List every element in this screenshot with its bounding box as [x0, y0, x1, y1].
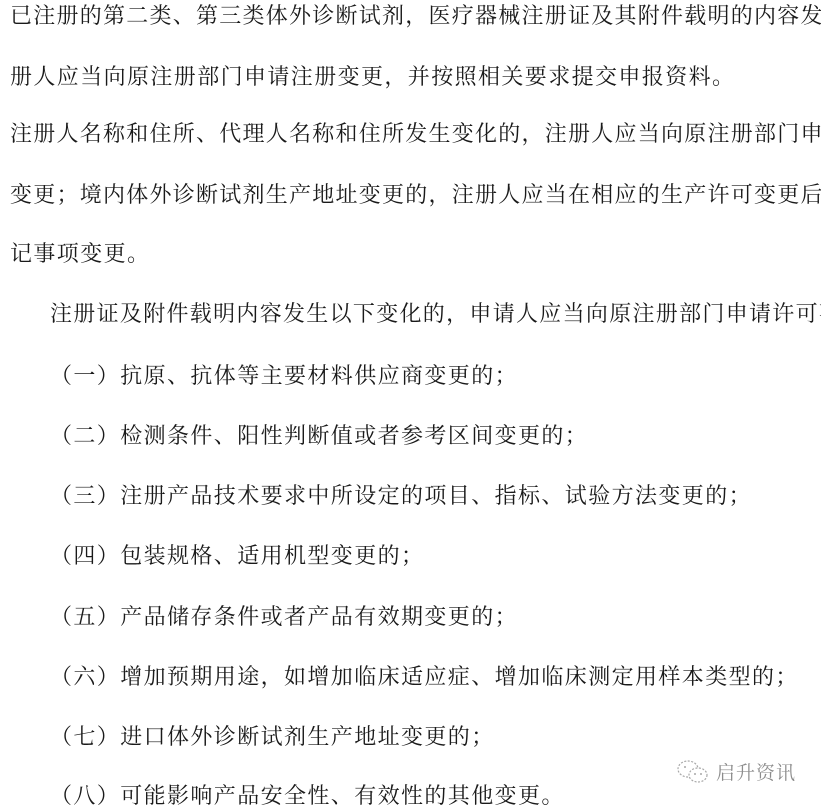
watermark: 启升资讯 [676, 758, 796, 785]
paragraph-line: 已注册的第二类、第三类体外诊断试剂，医疗器械注册证及其附件载明的内容发生变化，注 [10, 4, 821, 30]
watermark-text: 启升资讯 [716, 758, 796, 785]
list-item: （八）可能影响产品安全性、有效性的其他变更。 [50, 784, 565, 807]
list-item: （二）检测条件、阳性判断值或者参考区间变更的； [50, 424, 588, 450]
list-item: （六）增加预期用途，如增加临床适应症、增加临床测定用样本类型的； [50, 665, 799, 691]
paragraph-line: 变更；境内体外诊断试剂生产地址变更的，注册人应当在相应的生产许可变更后办理注册登 [10, 183, 821, 209]
list-item: （五）产品储存条件或者产品有效期变更的； [50, 605, 518, 631]
paragraph-license-change-intro: 注册证及附件载明内容发生以下变化的，申请人应当向原注册部门申请许可事项变更： [50, 302, 821, 328]
paragraph-line: 记事项变更。 [10, 242, 150, 268]
list-item: （七）进口体外诊断试剂生产地址变更的； [50, 725, 495, 751]
wechat-icon [676, 759, 710, 785]
list-item: （一）抗原、抗体等主要材料供应商变更的； [50, 364, 518, 390]
list-item: （三）注册产品技术要求中所设定的项目、指标、试验方法变更的； [50, 484, 752, 510]
paragraph-line: 册人应当向原注册部门申请注册变更，并按照相关要求提交申报资料。 [10, 65, 735, 91]
paragraph-line: 注册人名称和住所、代理人名称和住所发生变化的，注册人应当向原注册部门申请登记事项 [10, 122, 821, 148]
list-item: （四）包装规格、适用机型变更的； [50, 544, 424, 570]
